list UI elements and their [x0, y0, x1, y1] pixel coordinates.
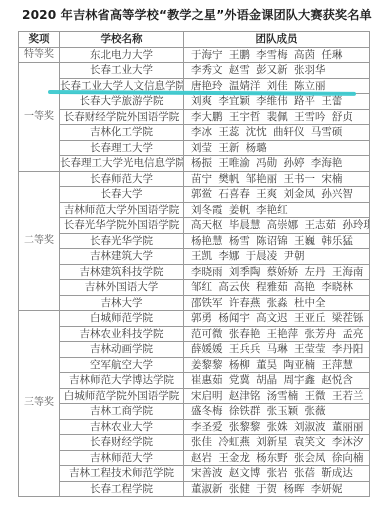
school-name: 白城师范学院	[60, 311, 184, 327]
team-members: 李晓雨 刘季陶 蔡娇娇 左丹 王海南	[184, 264, 370, 280]
team-members: 高天枢 毕晨慧 高崇娜 王志茹 孙玲琪	[184, 218, 370, 234]
table-row: 吉林师范大学博达学院崔惠茹 党冀 胡晶 周宇鑫 赵悦含	[19, 373, 370, 389]
table-row: 一等奖长春工业大学李秀文 赵雪 彭又新 张羽华	[19, 63, 370, 79]
school-name: 吉林外国语大学	[60, 280, 184, 296]
school-name: 吉林建筑科技学院	[60, 264, 184, 280]
team-members: 郭鲎 石喜春 王爽 刘金凤 孙兴智	[184, 187, 370, 203]
team-members: 崔惠茹 党冀 胡晶 周宇鑫 赵悦含	[184, 373, 370, 389]
school-name: 长春理工大学	[60, 140, 184, 156]
team-members: 董淑新 张健 于贺 杨晖 李妍妮	[184, 481, 370, 497]
team-members: 郭勇 杨闻宇 高文迟 王亚丘 梁茬铄	[184, 311, 370, 327]
school-name: 白城师范学院外国语学院	[60, 388, 184, 404]
table-row: 长春理工大学光电信息学院杨振 王唯渝 冯勋 孙婷 李海艳	[19, 156, 370, 172]
table-row: 长春理工大学刘莹 王新 杨璐	[19, 140, 370, 156]
table-row: 吉林工程技术师范学院宋善波 赵文博 张岩 张蓓 靳成达	[19, 466, 370, 482]
table-row: 吉林农业大学李圣爱 张黎黎 张姝 刘淑波 董丽丽	[19, 419, 370, 435]
team-members: 邵铁军 许春燕 张淼 杜中全	[184, 295, 370, 311]
school-name: 长春财经学院外国语学院	[60, 109, 184, 125]
table-row: 吉林化工学院李冰 王蕊 沈忱 曲轩仪 马雪硕	[19, 125, 370, 141]
table-row: 吉林师范大学外国语学院刘冬霞 姜帆 李艳红	[19, 202, 370, 218]
header-school: 学校名称	[60, 32, 184, 48]
school-name: 吉林工商学院	[60, 404, 184, 420]
table-row: 长春光华学院外国语学院高天枢 毕晨慧 高崇娜 王志茹 孙玲琪	[19, 218, 370, 234]
table-row: 二等奖长春师范大学苗宁 樊帆 邹艳丽 王书一 宋楠	[19, 171, 370, 187]
table-row: 特等奖东北电力大学于海宁 王鹏 李雪梅 高茵 任琳	[19, 47, 370, 63]
school-name: 吉林工程技术师范学院	[60, 466, 184, 482]
school-name: 吉林化工学院	[60, 125, 184, 141]
school-name: 吉林师范大学	[60, 450, 184, 466]
table-header-row: 奖项 学校名称 团队成员	[19, 32, 370, 48]
school-name: 空军航空大学	[60, 357, 184, 373]
school-name: 吉林动画学院	[60, 342, 184, 358]
page-title: 2020 年吉林省高等学校“教学之星”外语金课团队大赛获奖名单	[22, 6, 382, 24]
school-name: 长春光华学院	[60, 233, 184, 249]
header-award: 奖项	[19, 32, 60, 48]
table-row: 吉林外国语大学邹红 高云侠 程雅茹 高艳 李晓林	[19, 280, 370, 296]
school-name: 长春理工大学光电信息学院	[60, 156, 184, 172]
table-row: 三等奖白城师范学院郭勇 杨闻宇 高文迟 王亚丘 梁茬铄	[19, 311, 370, 327]
team-members: 苗宁 樊帆 邹艳丽 王书一 宋楠	[184, 171, 370, 187]
school-name: 吉林农业科技学院	[60, 326, 184, 342]
team-members: 刘爽 李宜颖 李维伟 路平 王蕾	[184, 94, 370, 110]
team-members: 薛媛媛 王兵兵 马琳 王莹莹 李丹阳	[184, 342, 370, 358]
school-name: 吉林建筑大学	[60, 249, 184, 265]
team-members: 李秀文 赵雪 彭又新 张羽华	[184, 63, 370, 79]
team-members: 李冰 王蕊 沈忱 曲轩仪 马雪硕	[184, 125, 370, 141]
table-row: 长春大学郭鲎 石喜春 王爽 刘金凤 孙兴智	[19, 187, 370, 203]
table-row: 吉林建筑大学王凯 李娜 于晨凌 尹朝	[19, 249, 370, 265]
school-name: 吉林农业大学	[60, 419, 184, 435]
team-members: 赵岩 王金龙 杨东野 张会凤 徐向楠	[184, 450, 370, 466]
table-row: 吉林工商学院盛冬梅 徐铁群 张玉颖 张薇	[19, 404, 370, 420]
table-row: 长春财经学院外国语学院李大鹏 王宇哲 裴佩 王雪吟 舒贞	[19, 109, 370, 125]
table-row: 长春工程学院董淑新 张健 于贺 杨晖 李妍妮	[19, 481, 370, 497]
table-row: 长春大学旅游学院刘爽 李宜颖 李维伟 路平 王蕾	[19, 94, 370, 110]
school-name: 长春财经学院	[60, 435, 184, 451]
award-level: 三等奖	[19, 311, 60, 497]
table-row: 吉林建筑科技学院李晓雨 刘季陶 蔡娇娇 左丹 王海南	[19, 264, 370, 280]
team-members: 姜黎黎 杨柳 董昊 陶亚楠 王萍慧	[184, 357, 370, 373]
table-row: 吉林农业科技学院范可微 张春艳 王艳萍 张芳舟 孟亮	[19, 326, 370, 342]
award-level: 特等奖	[19, 47, 60, 63]
team-members: 杨艳慧 杨雪 陈诏锦 王巍 韩乐猛	[184, 233, 370, 249]
team-members: 宋善波 赵文博 张岩 张蓓 靳成达	[184, 466, 370, 482]
award-level: 二等奖	[19, 171, 60, 311]
school-name: 长春大学旅游学院	[60, 94, 184, 110]
award-level: 一等奖	[19, 63, 60, 172]
school-name: 吉林师范大学外国语学院	[60, 202, 184, 218]
school-name: 东北电力大学	[60, 47, 184, 63]
school-name: 长春光华学院外国语学院	[60, 218, 184, 234]
table-row: 长春财经学院张佳 冷虹燕 刘新星 袁笑文 李沐汐	[19, 435, 370, 451]
award-table: 奖项 学校名称 团队成员 特等奖东北电力大学于海宁 王鹏 李雪梅 高茵 任琳一等…	[18, 31, 370, 497]
table-row: 长春光华学院杨艳慧 杨雪 陈诏锦 王巍 韩乐猛	[19, 233, 370, 249]
school-name: 长春师范大学	[60, 171, 184, 187]
school-name: 长春工程学院	[60, 481, 184, 497]
team-members: 杨振 王唯渝 冯勋 孙婷 李海艳	[184, 156, 370, 172]
school-name: 吉林师范大学博达学院	[60, 373, 184, 389]
team-members: 盛冬梅 徐铁群 张玉颖 张薇	[184, 404, 370, 420]
school-name: 长春大学	[60, 187, 184, 203]
table-row: 吉林大学邵铁军 许春燕 张淼 杜中全	[19, 295, 370, 311]
team-members: 刘冬霞 姜帆 李艳红	[184, 202, 370, 218]
table-row: 吉林动画学院薛媛媛 王兵兵 马琳 王莹莹 李丹阳	[19, 342, 370, 358]
table-body: 特等奖东北电力大学于海宁 王鹏 李雪梅 高茵 任琳一等奖长春工业大学李秀文 赵雪…	[19, 47, 370, 497]
team-members: 宋启明 赵津铭 汤雪楠 王微 王若兰	[184, 388, 370, 404]
table-row: 空军航空大学姜黎黎 杨柳 董昊 陶亚楠 王萍慧	[19, 357, 370, 373]
team-members: 王凯 李娜 于晨凌 尹朝	[184, 249, 370, 265]
team-members: 刘莹 王新 杨璐	[184, 140, 370, 156]
table-row: 白城师范学院外国语学院宋启明 赵津铭 汤雪楠 王微 王若兰	[19, 388, 370, 404]
school-name: 吉林大学	[60, 295, 184, 311]
table-row: 吉林师范大学赵岩 王金龙 杨东野 张会凤 徐向楠	[19, 450, 370, 466]
team-members: 李大鹏 王宇哲 裴佩 王雪吟 舒贞	[184, 109, 370, 125]
team-members: 李圣爱 张黎黎 张姝 刘淑波 董丽丽	[184, 419, 370, 435]
team-members: 范可微 张春艳 王艳萍 张芳舟 孟亮	[184, 326, 370, 342]
header-members: 团队成员	[184, 32, 370, 48]
team-members: 于海宁 王鹏 李雪梅 高茵 任琳	[184, 47, 370, 63]
school-name: 长春工业大学	[60, 63, 184, 79]
team-members: 张佳 冷虹燕 刘新星 袁笑文 李沐汐	[184, 435, 370, 451]
team-members: 邹红 高云侠 程雅茹 高艳 李晓林	[184, 280, 370, 296]
